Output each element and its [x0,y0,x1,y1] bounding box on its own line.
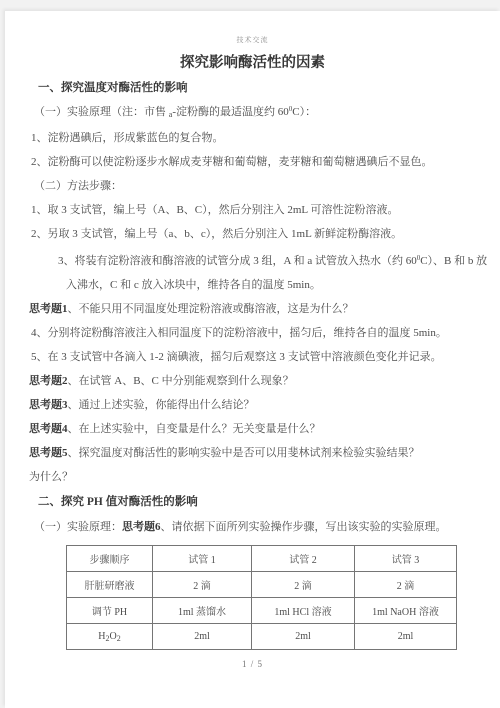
think-label: 思考题3 [29,399,68,411]
think-question-3: 思考题3、通过上述实验，你能得出什么结论？ [29,399,494,412]
header-cell: 试管 1 [153,546,252,572]
row-label-cell-h2o2: H2O2 [67,624,153,650]
value-cell: 2ml [153,624,252,650]
header-cell: 试管 2 [252,546,355,572]
think-label: 思考题2 [29,375,68,387]
table-row: H2O2 2ml 2ml 2ml [67,624,457,650]
h2o2-sub: 2 [117,634,121,643]
method-step: 4、分别将淀粉酶溶液注入相同温度下的淀粉溶液中，摇匀后，维持各自的温度 5min… [31,327,494,340]
table-row: 肝脏研磨液 2 滴 2 滴 2 滴 [67,572,457,598]
header-cell: 试管 3 [355,546,457,572]
row-label-cell: 肝脏研磨液 [67,572,153,598]
value-cell: 2 滴 [153,572,252,598]
method-step: 5、在 3 支试管中各滴入 1-2 滴碘液，摇匀后观察这 3 支试管中溶液颜色变… [31,351,494,364]
think-label: 思考题5 [29,447,68,459]
method-heading-line: （二）方法步骤： [34,180,494,193]
think-question-5: 思考题5、探究温度对酶活性的影响实验中是否可以用斐林试剂来检验实验结果？ [29,447,494,460]
principle-mid: -淀粉酶的最适温度约 60 [172,106,288,118]
watermark-text: 技术交流 [5,36,500,45]
ph-principle-line: （一）实验原理：思考题6、请依据下面所列实验操作步骤，写出该实验的实验原理。 [34,521,494,534]
value-cell: 1ml 蒸馏水 [153,598,252,624]
think-label: 思考题4 [29,423,68,435]
think-question-1: 思考题1、不能只用不同温度处理淀粉溶液或酶溶液，这是为什么？ [29,303,494,316]
think-label: 思考题1 [29,303,68,315]
principle-item: 2、淀粉酶可以使淀粉逐步水解成麦芽糖和葡萄糖，麦芽糖和葡萄糖遇碘后不显色。 [31,156,494,169]
h2o2-h: H [98,631,105,642]
header-cell: 步骤顺序 [67,546,153,572]
think-question-5-continued: 为什么？ [29,471,494,484]
principle-pre: （一）实验原理（注：市售 [34,106,169,118]
value-cell: 2ml [252,624,355,650]
section-ph-heading: 二、探究 PH 值对酶活性的影响 [38,495,492,510]
page-number: 1 / 5 [5,659,500,669]
think-text: 、探究温度对酶活性的影响实验中是否可以用斐林试剂来检验实验结果？ [68,447,420,459]
method-step: 1、取 3 支试管，编上号（A、B、C），然后分别注入 2mL 可溶性淀粉溶液。 [31,204,494,217]
ph-principle-pre: （一）实验原理： [34,521,122,533]
document-page: 技术交流 探究影响酶活性的因素 一、探究温度对酶活性的影响 （一）实验原理（注：… [5,11,500,708]
value-cell: 2 滴 [355,572,457,598]
principle-heading-line: （一）实验原理（注：市售 a-淀粉酶的最适温度约 600C）： [34,103,494,121]
think-question-4: 思考题4、在上述实验中，自变量是什么？无关变量是什么？ [29,423,494,436]
document-title: 探究影响酶活性的因素 [5,54,500,73]
table-header-row: 步骤顺序 试管 1 试管 2 试管 3 [67,546,457,572]
value-cell: 1ml HCl 溶液 [252,598,355,624]
value-cell: 2ml [355,624,457,650]
think-question-2: 思考题2、在试管 A、B、C 中分别能观察到什么现象？ [29,375,494,388]
principle-post: C）： [292,106,316,118]
think-text: 、在试管 A、B、C 中分别能观察到什么现象？ [68,375,294,387]
value-cell: 1ml NaOH 溶液 [355,598,457,624]
think-text: 、在上述实验中，自变量是什么？无关变量是什么？ [68,423,321,435]
step3-pre: 3、将装有淀粉溶液和酶溶液的试管分成 3 组，A 和 a 试管放入热水（约 60 [58,255,417,267]
experiment-steps-table: 步骤顺序 试管 1 试管 2 试管 3 肝脏研磨液 2 滴 2 滴 2 滴 调节… [66,545,457,650]
section-temperature-heading: 一、探究温度对酶活性的影响 [38,81,492,96]
ph-principle-text: 、请依据下面所列实验操作步骤，写出该实验的实验原理。 [161,521,447,533]
method-step-3: 3、将装有淀粉溶液和酶溶液的试管分成 3 组，A 和 a 试管放入热水（约 60… [58,252,494,268]
table-row: 调节 PH 1ml 蒸馏水 1ml HCl 溶液 1ml NaOH 溶液 [67,598,457,624]
principle-item: 1、淀粉遇碘后，形成紫蓝色的复合物。 [31,132,494,145]
method-step: 2、另取 3 支试管，编上号（a、b、c），然后分别注入 1mL 新鲜淀粉酶溶液… [31,228,494,241]
method-step-3-continued: 入沸水，C 和 c 放入冰块中，维持各自的温度 5min。 [66,279,494,292]
think-text: 、通过上述实验，你能得出什么结论？ [68,399,255,411]
row-label-cell: 调节 PH [67,598,153,624]
step3-post: C）、B 和 b 放 [420,255,487,267]
value-cell: 2 滴 [252,572,355,598]
think-label: 思考题6 [122,521,161,533]
think-text: 、不能只用不同温度处理淀粉溶液或酶溶液，这是为什么？ [68,303,354,315]
h2o2-o: O [110,631,117,642]
